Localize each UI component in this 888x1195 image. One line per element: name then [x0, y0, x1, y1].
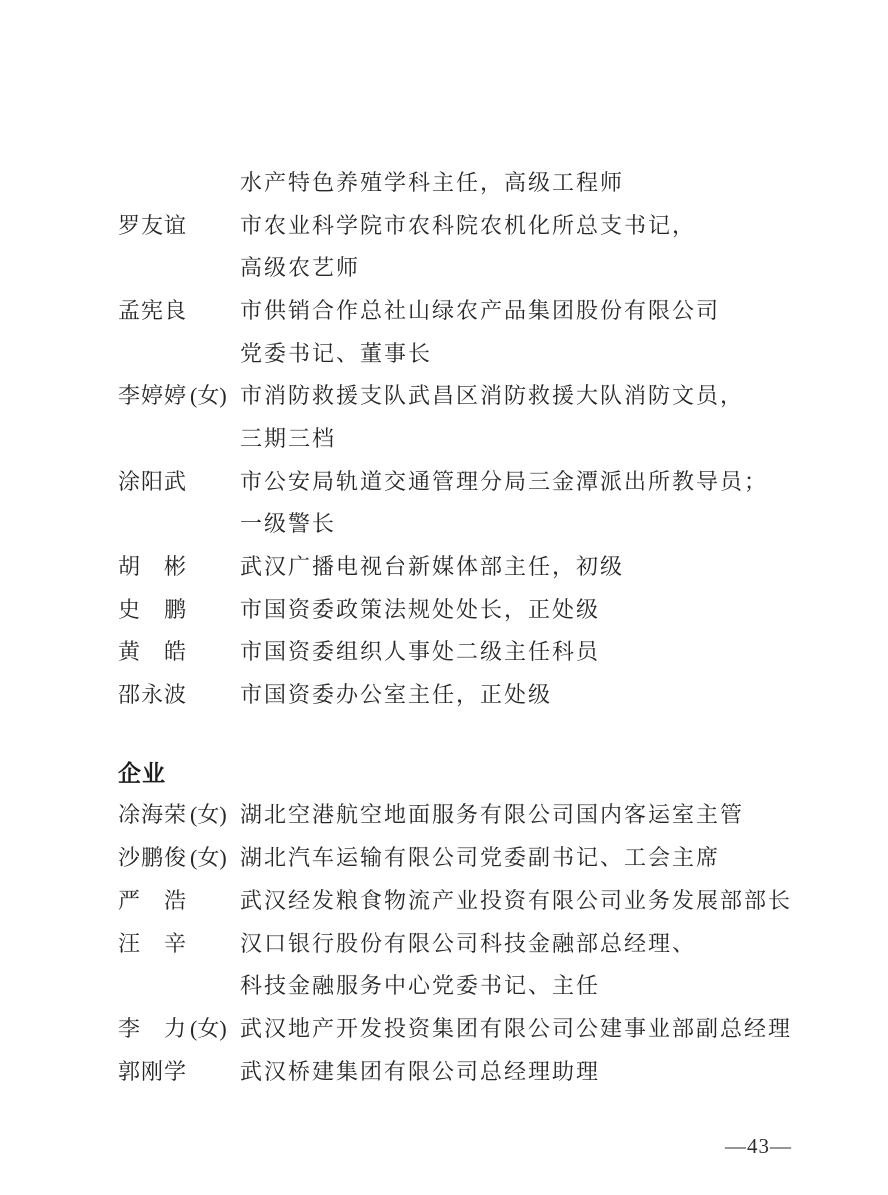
- name-cell: 李婷婷(女): [118, 379, 240, 410]
- person-name: 涂阳武: [118, 465, 186, 496]
- awardee-list: 水产特色养殖学科主任，高级工程师 罗友谊 市农业科学院市农科院农机化所总支书记，…: [118, 160, 808, 1091]
- person-name: 严浩: [118, 884, 186, 915]
- position-text: 党委书记、董事长: [240, 337, 808, 368]
- person-name: 汪辛: [118, 927, 186, 958]
- person-name: 邵永波: [118, 678, 186, 709]
- name-cell: 严浩: [118, 884, 240, 915]
- position-text: 市国资委组织人事处二级主任科员: [240, 635, 808, 666]
- person-name: 李婷婷: [118, 379, 186, 410]
- list-item: 史鹏 市国资委政策法规处处长，正处级: [118, 587, 808, 630]
- name-cell: 李力(女): [118, 1012, 240, 1043]
- person-name: 凃海荣: [118, 798, 186, 829]
- list-item: 李力(女) 武汉地产开发投资集团有限公司公建事业部副总经理: [118, 1006, 808, 1049]
- list-item: 科技金融服务中心党委书记、主任: [118, 963, 808, 1006]
- person-name: 史鹏: [118, 593, 186, 624]
- person-name: 罗友谊: [118, 209, 186, 240]
- list-item: 孟宪良 市供销合作总社山绿农产品集团股份有限公司: [118, 288, 808, 331]
- position-text: 武汉广播电视台新媒体部主任，初级: [240, 550, 808, 581]
- position-text: 三期三档: [240, 422, 808, 453]
- name-cell: 沙鹏俊(女): [118, 841, 240, 872]
- list-item: 邵永波 市国资委办公室主任，正处级: [118, 672, 808, 715]
- document-page: 水产特色养殖学科主任，高级工程师 罗友谊 市农业科学院市农科院农机化所总支书记，…: [0, 0, 888, 1195]
- position-text: 武汉桥建集团有限公司总经理助理: [240, 1055, 808, 1086]
- list-item: 三期三档: [118, 416, 808, 459]
- name-cell: 涂阳武: [118, 465, 240, 496]
- position-text: 市农业科学院市农科院农机化所总支书记，: [240, 209, 808, 240]
- position-text: 湖北汽车运输有限公司党委副书记、工会主席: [240, 841, 808, 872]
- page-number: —43—: [725, 1134, 792, 1159]
- list-item: 党委书记、董事长: [118, 331, 808, 374]
- list-item: 沙鹏俊(女) 湖北汽车运输有限公司党委副书记、工会主席: [118, 835, 808, 878]
- position-text: 汉口银行股份有限公司科技金融部总经理、: [240, 927, 808, 958]
- person-name: 沙鹏俊: [118, 841, 186, 872]
- list-item: 水产特色养殖学科主任，高级工程师: [118, 160, 808, 203]
- list-item: 黄皓 市国资委组织人事处二级主任科员: [118, 630, 808, 673]
- list-item: 汪辛 汉口银行股份有限公司科技金融部总经理、: [118, 921, 808, 964]
- list-item: 胡彬 武汉广播电视台新媒体部主任，初级: [118, 544, 808, 587]
- list-item: 高级农艺师: [118, 245, 808, 288]
- person-name: 胡彬: [118, 550, 186, 581]
- name-cell: 汪辛: [118, 927, 240, 958]
- position-text: 一级警长: [240, 507, 808, 538]
- list-item: 郭刚学 武汉桥建集团有限公司总经理助理: [118, 1049, 808, 1092]
- gender-note: (女): [190, 798, 227, 829]
- list-item: 一级警长: [118, 502, 808, 545]
- gender-note: (女): [190, 841, 227, 872]
- name-cell: 黄皓: [118, 635, 240, 666]
- list-item: 李婷婷(女) 市消防救援支队武昌区消防救援大队消防文员，: [118, 373, 808, 416]
- position-text: 武汉经发粮食物流产业投资有限公司业务发展部部长: [240, 884, 808, 915]
- name-cell: 史鹏: [118, 593, 240, 624]
- list-item: 涂阳武 市公安局轨道交通管理分局三金潭派出所教导员；: [118, 459, 808, 502]
- position-text: 湖北空港航空地面服务有限公司国内客运室主管: [240, 798, 808, 829]
- person-name: 孟宪良: [118, 294, 186, 325]
- position-text: 市公安局轨道交通管理分局三金潭派出所教导员；: [240, 465, 808, 496]
- section-heading-enterprise: 企业: [118, 750, 808, 793]
- person-name: 黄皓: [118, 635, 186, 666]
- name-cell: 孟宪良: [118, 294, 240, 325]
- position-text: 市国资委政策法规处处长，正处级: [240, 593, 808, 624]
- name-cell: 罗友谊: [118, 209, 240, 240]
- person-name: 郭刚学: [118, 1055, 186, 1086]
- position-text: 科技金融服务中心党委书记、主任: [240, 969, 808, 1000]
- person-name: 李力: [118, 1012, 186, 1043]
- list-item: 严浩 武汉经发粮食物流产业投资有限公司业务发展部部长: [118, 878, 808, 921]
- name-cell: 郭刚学: [118, 1055, 240, 1086]
- list-item: 凃海荣(女) 湖北空港航空地面服务有限公司国内客运室主管: [118, 793, 808, 836]
- list-item: 罗友谊 市农业科学院市农科院农机化所总支书记，: [118, 203, 808, 246]
- gender-note: (女): [190, 379, 227, 410]
- position-text: 市供销合作总社山绿农产品集团股份有限公司: [240, 294, 808, 325]
- position-text: 市国资委办公室主任，正处级: [240, 678, 808, 709]
- name-cell: 胡彬: [118, 550, 240, 581]
- position-text: 水产特色养殖学科主任，高级工程师: [240, 166, 808, 197]
- position-text: 市消防救援支队武昌区消防救援大队消防文员，: [240, 379, 808, 410]
- gender-note: (女): [190, 1012, 227, 1043]
- position-text: 武汉地产开发投资集团有限公司公建事业部副总经理: [240, 1012, 808, 1043]
- name-cell: 凃海荣(女): [118, 798, 240, 829]
- name-cell: 邵永波: [118, 678, 240, 709]
- position-text: 高级农艺师: [240, 251, 808, 282]
